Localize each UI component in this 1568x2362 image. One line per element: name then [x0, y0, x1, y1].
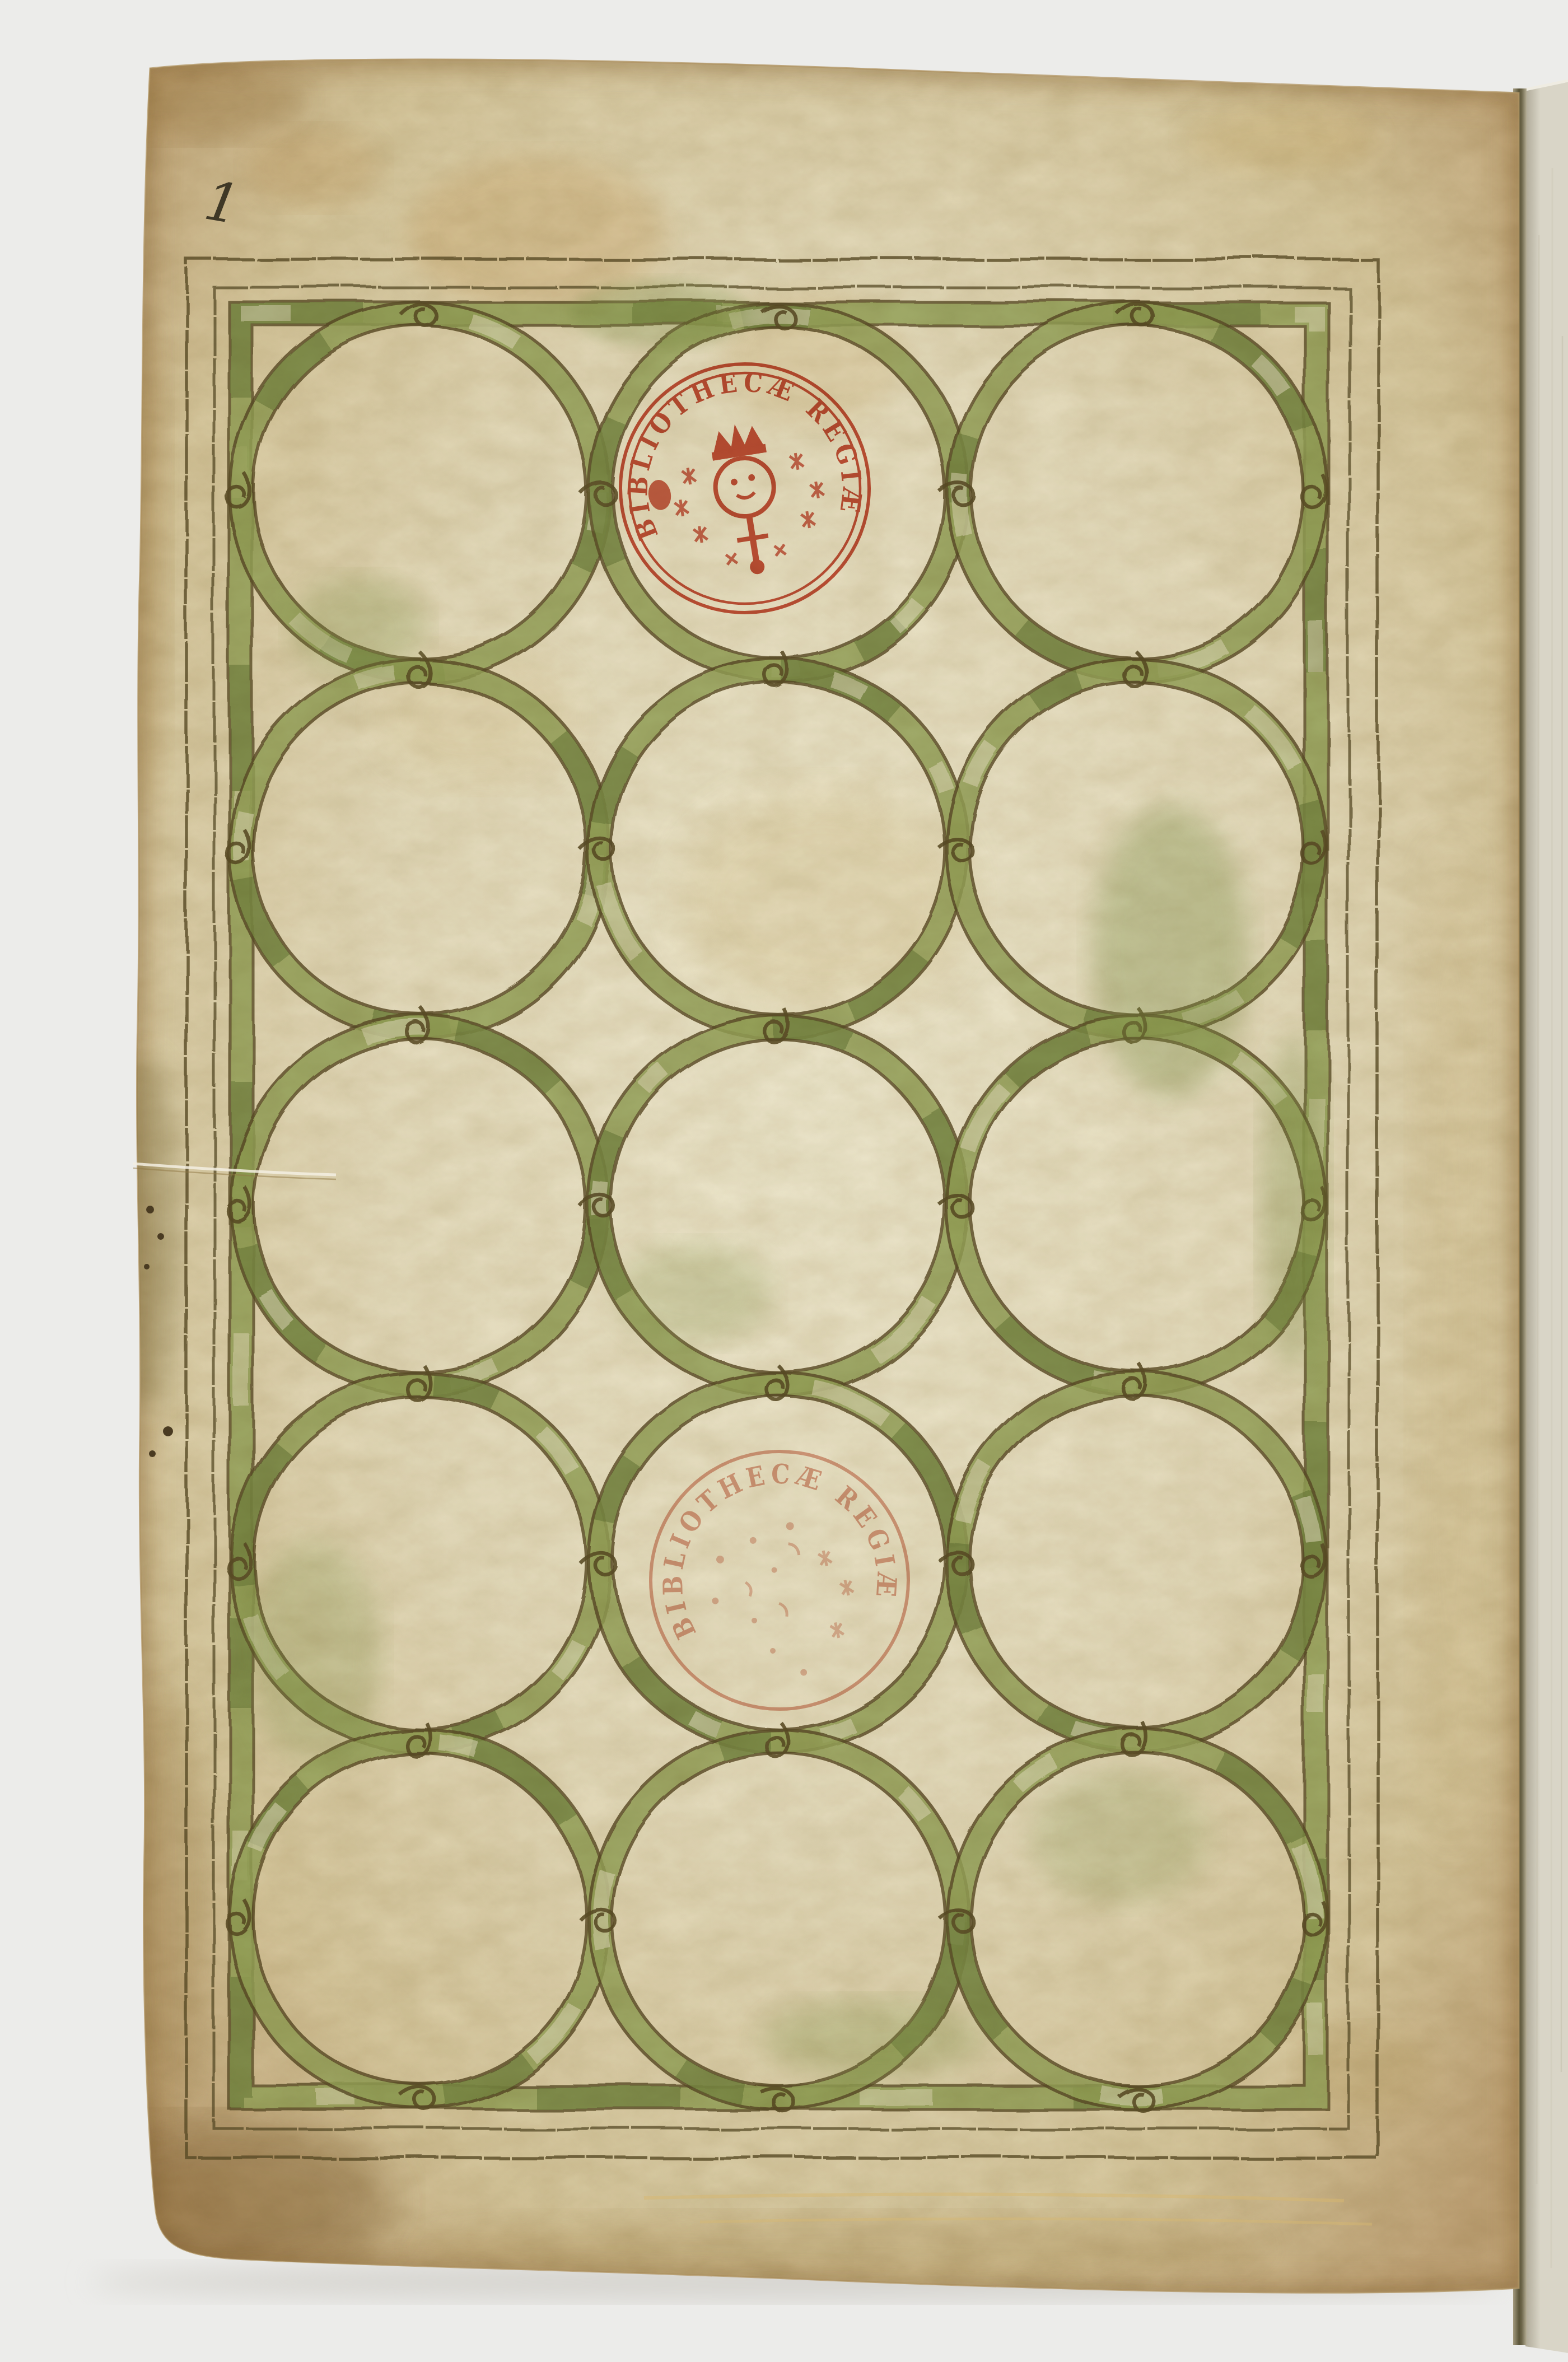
manuscript-photo: 1 BIBLIOTHECÆ REGIÆ — [0, 0, 1568, 2362]
manuscript-scene: 1 BIBLIOTHECÆ REGIÆ — [0, 0, 1568, 2362]
parchment-mottle — [0, 0, 1568, 2362]
next-page-edge — [1525, 81, 1568, 2353]
